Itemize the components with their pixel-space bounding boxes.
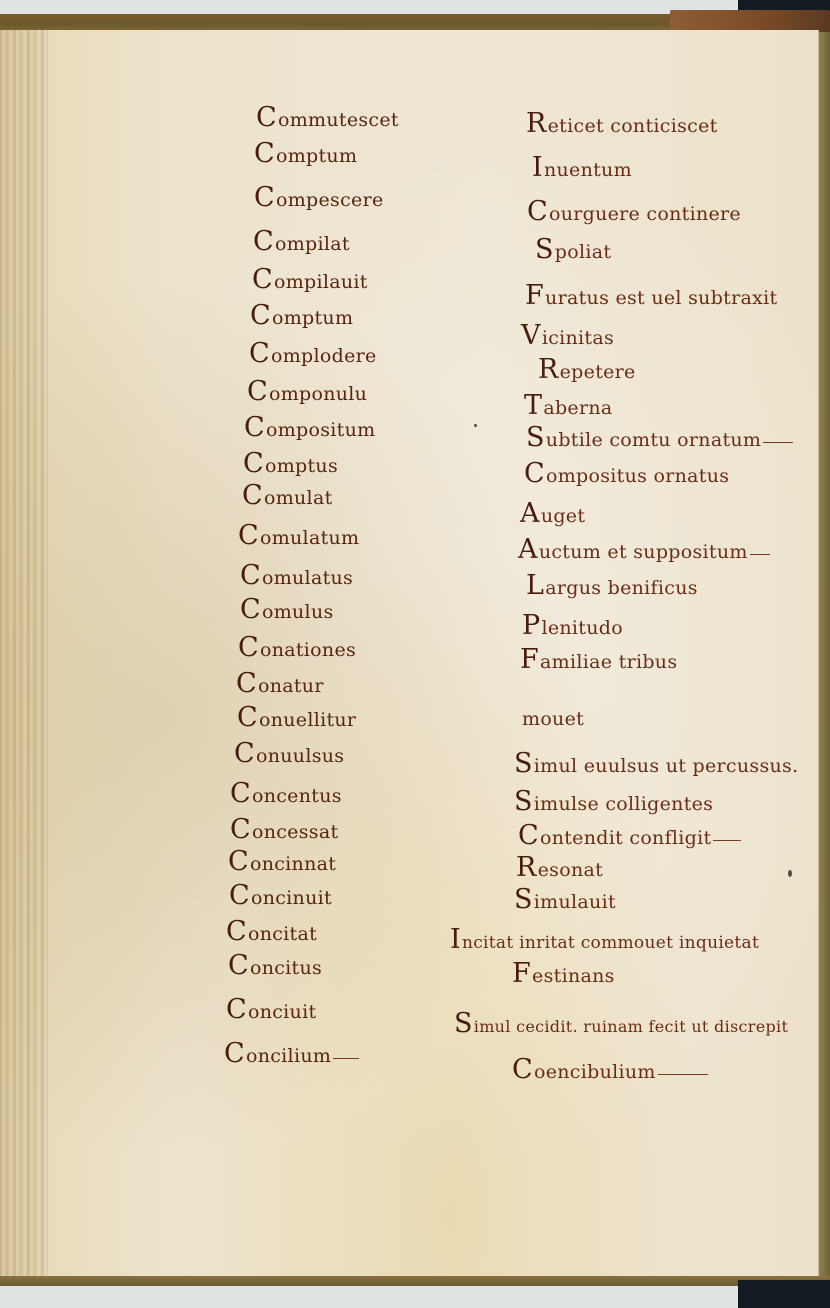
initial: S: [526, 422, 545, 453]
initial: R: [526, 108, 547, 139]
initial: C: [230, 778, 251, 809]
gloss-entry: Simulse colligentes: [514, 788, 713, 815]
lemma-entry: Comulatum: [238, 522, 359, 549]
initial: C: [240, 594, 261, 625]
gloss-text: oencibulium: [534, 1061, 656, 1083]
initial: C: [238, 632, 259, 663]
lemma-entry: Comulus: [240, 596, 334, 623]
lemma-text: omptum: [272, 307, 353, 329]
gloss-text: uratus est uel subtraxit: [545, 287, 777, 309]
gloss-text: estinans: [532, 965, 615, 987]
line-flourish: [333, 1057, 359, 1059]
lemma-entry: Conciuit: [226, 996, 316, 1023]
gloss-entry: Contendit confligit: [518, 822, 741, 849]
gloss-entry: Spoliat: [535, 236, 611, 263]
initial: S: [535, 234, 554, 265]
lemma-text: omulatus: [262, 567, 353, 589]
initial: C: [242, 480, 263, 511]
gloss-text: amiliae tribus: [540, 651, 677, 673]
initial: C: [253, 226, 274, 257]
lemma-text: oncessat: [252, 821, 338, 843]
gloss-entry: Repetere: [538, 356, 636, 383]
initial: I: [532, 152, 543, 183]
gloss-text: epetere: [560, 361, 636, 383]
lemma-entry: Conuulsus: [234, 740, 344, 767]
lemma-text: oncitus: [250, 957, 322, 979]
lemma-text: ompilat: [275, 233, 350, 255]
gloss-entry: Familiae tribus: [520, 646, 677, 673]
lemma-text: omponulu: [269, 383, 367, 405]
lemma-entry: Compositum: [244, 414, 375, 441]
lemma-entry: Complodere: [249, 340, 377, 367]
lemma-entry: Conatur: [236, 670, 324, 697]
gloss-text: uctum et suppositum: [539, 541, 748, 563]
gloss-entry: Festinans: [512, 960, 615, 987]
initial: C: [524, 458, 545, 489]
gloss-entry: Simul cecidit. ruinam fecit ut discrepit: [454, 1010, 788, 1037]
initial: C: [240, 560, 261, 591]
gloss-entry: Vicinitas: [521, 322, 614, 349]
lemma-text: onatur: [258, 675, 324, 697]
lemma-text: omptus: [265, 455, 338, 477]
initial: C: [237, 702, 258, 733]
lemma-text: omptum: [276, 145, 357, 167]
lemma-text: onationes: [260, 639, 356, 661]
initial: S: [514, 884, 533, 915]
gloss-entry: Subtile comtu ornatum: [526, 424, 793, 451]
gloss-entry: Largus benificus: [526, 572, 698, 599]
gloss-entry: Simul euulsus ut percussus.: [514, 750, 798, 777]
lemma-entry: Conuellitur: [237, 704, 356, 731]
lemma-text: ompescere: [276, 189, 384, 211]
initial: P: [522, 610, 540, 641]
initial: C: [243, 448, 264, 479]
lemma-entry: Commutescet: [256, 104, 399, 131]
initial: A: [518, 534, 538, 565]
initial: C: [230, 814, 251, 845]
ink-spot: [788, 870, 792, 877]
lemma-entry: Concitus: [228, 952, 322, 979]
initial: C: [226, 916, 247, 947]
initial: T: [524, 390, 542, 421]
initial: R: [538, 354, 559, 385]
gloss-entry: Compositus ornatus: [524, 460, 729, 487]
initial: I: [450, 924, 461, 955]
lemma-entry: Comulat: [242, 482, 333, 509]
initial: C: [224, 1038, 245, 1069]
initial: C: [250, 300, 271, 331]
initial: S: [514, 786, 533, 817]
lemma-entry: Comptus: [243, 450, 338, 477]
gloss-text: ompositus ornatus: [546, 465, 729, 487]
lemma-text: oncentus: [252, 785, 342, 807]
lemma-text: omulatum: [260, 527, 359, 549]
initial: C: [527, 196, 548, 227]
initial: C: [518, 820, 539, 851]
line-flourish: [713, 839, 741, 841]
lemma-entry: Compilauit: [252, 266, 368, 293]
gloss-entry: mouet: [522, 710, 584, 729]
lemma-text: onciuit: [248, 1001, 316, 1023]
initial: C: [249, 338, 270, 369]
gloss-entry: Auget: [520, 500, 585, 527]
gloss-entry: Auctum et suppositum: [518, 536, 770, 563]
line-flourish: [763, 441, 793, 443]
initial: C: [236, 668, 257, 699]
gloss-text: imulse colligentes: [534, 793, 713, 815]
initial: C: [252, 264, 273, 295]
gloss-text: esonat: [538, 859, 603, 881]
gloss-entry: Taberna: [524, 392, 613, 419]
ink-spot: [474, 424, 477, 427]
glossary-columns: Commutescet Comptum Compescere Compilat …: [0, 0, 830, 1308]
lemma-text: ommutescet: [278, 109, 399, 131]
initial: F: [520, 644, 539, 675]
lemma-entry: Concessat: [230, 816, 338, 843]
gloss-entry: Courguere continere: [527, 198, 741, 225]
gloss-text: ubtile comtu ornatum: [546, 429, 761, 451]
lemma-entry: Conationes: [238, 634, 356, 661]
initial: C: [228, 846, 249, 877]
lemma-text: omulus: [262, 601, 334, 623]
lemma-text: omulat: [264, 487, 333, 509]
gloss-text: eticet conticiscet: [548, 115, 718, 137]
line-flourish: [750, 553, 770, 555]
lemma-entry: Concitat: [226, 918, 317, 945]
initial: C: [229, 880, 250, 911]
initial: F: [512, 958, 531, 989]
initial: R: [516, 852, 537, 883]
lemma-entry: Compescere: [254, 184, 384, 211]
lemma-entry: Compilat: [253, 228, 350, 255]
initial: C: [254, 182, 275, 213]
lemma-text: oncinuit: [251, 887, 332, 909]
lemma-entry: Comptum: [250, 302, 353, 329]
gloss-entry: Reticet conticiscet: [526, 110, 718, 137]
lemma-text: onuulsus: [256, 745, 344, 767]
lemma-entry: Componulu: [247, 378, 367, 405]
gloss-text: ourguere continere: [549, 203, 741, 225]
initial: C: [238, 520, 259, 551]
gloss-text: argus benificus: [545, 577, 698, 599]
gloss-text: icinitas: [542, 327, 614, 349]
gloss-text: lenitudo: [541, 617, 623, 639]
lemma-entry: Concilium: [224, 1040, 359, 1067]
gloss-text: ncitat inritat commouet inquietat: [462, 933, 759, 953]
lemma-entry: Concinuit: [229, 882, 332, 909]
initial: C: [247, 376, 268, 407]
lemma-entry: Concentus: [230, 780, 342, 807]
gloss-text: imul euulsus ut percussus.: [534, 755, 799, 777]
initial: L: [526, 570, 544, 601]
lemma-text: omplodere: [271, 345, 377, 367]
gloss-text: imulauit: [534, 891, 616, 913]
gloss-text: uget: [541, 505, 585, 527]
initial: C: [512, 1054, 533, 1085]
lemma-text: onuellitur: [259, 709, 356, 731]
initial: C: [254, 138, 275, 169]
initial: F: [525, 280, 544, 311]
gloss-entry: Incitat inritat commouet inquietat: [450, 926, 759, 953]
initial: C: [244, 412, 265, 443]
gloss-text: aberna: [543, 397, 612, 419]
lemma-entry: Comulatus: [240, 562, 353, 589]
gloss-entry: Furatus est uel subtraxit: [525, 282, 777, 309]
gloss-text: imul cecidit. ruinam fecit ut discrepit: [474, 1017, 788, 1036]
gloss-text: nuentum: [544, 159, 632, 181]
initial: S: [454, 1008, 473, 1039]
gloss-text: poliat: [555, 241, 612, 263]
lemma-text: ompilauit: [274, 271, 368, 293]
initial: C: [256, 102, 277, 133]
gloss-entry: Plenitudo: [522, 612, 623, 639]
line-flourish: [658, 1073, 708, 1075]
initial: V: [521, 320, 541, 351]
gloss-text: mouet: [522, 708, 584, 730]
gloss-entry: Coencibulium: [512, 1056, 708, 1083]
lemma-entry: Concinnat: [228, 848, 336, 875]
gloss-entry: Inuentum: [532, 154, 632, 181]
gloss-entry: Simulauit: [514, 886, 616, 913]
initial: A: [520, 498, 540, 529]
initial: C: [226, 994, 247, 1025]
gloss-entry: Resonat: [516, 854, 603, 881]
lemma-text: oncilium: [246, 1045, 331, 1067]
lemma-entry: Comptum: [254, 140, 357, 167]
lemma-text: oncitat: [248, 923, 317, 945]
initial: C: [228, 950, 249, 981]
lemma-text: ompositum: [266, 419, 375, 441]
gloss-text: ontendit confligit: [540, 827, 711, 849]
lemma-text: oncinnat: [250, 853, 336, 875]
initial: C: [234, 738, 255, 769]
initial: S: [514, 748, 533, 779]
